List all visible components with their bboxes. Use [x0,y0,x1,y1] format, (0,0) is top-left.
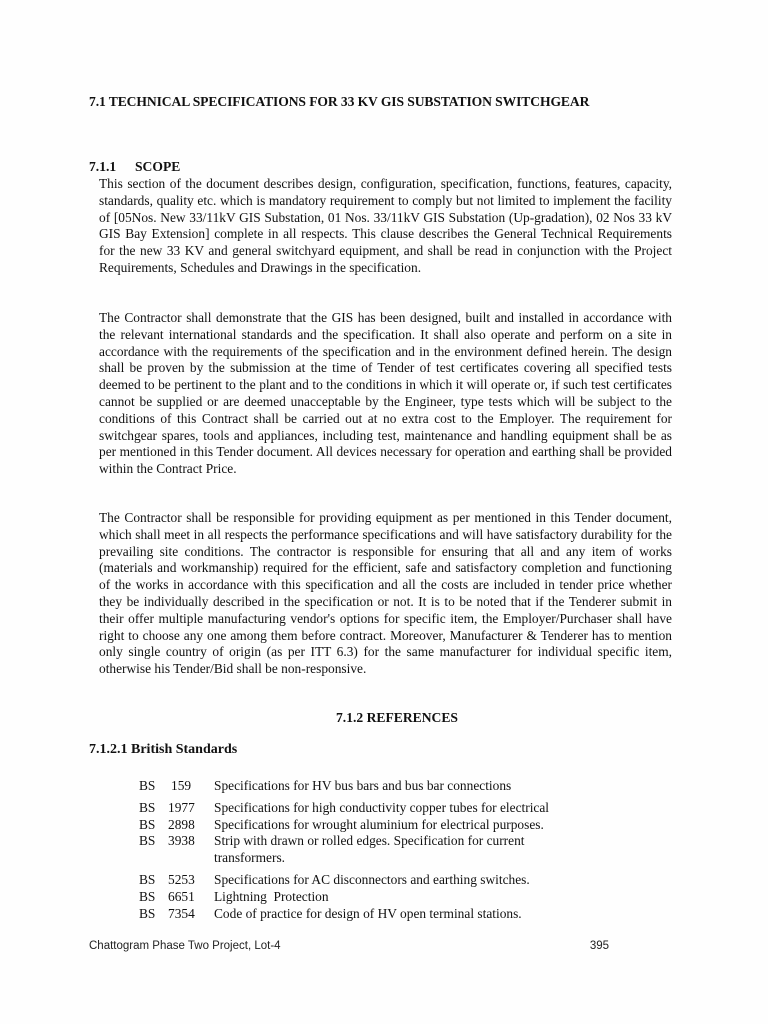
scope-paragraph-1: This section of the document describes d… [99,176,672,277]
scope-paragraph-3: The Contractor shall be responsible for … [99,510,672,678]
standard-code: 3938 [168,833,214,850]
standard-description: Specifications for wrought aluminium for… [214,817,619,834]
standard-description: Code of practice for design of HV open t… [214,906,619,923]
footer-project-name: Chattogram Phase Two Project, Lot-4 [89,940,281,952]
scope-heading: 7.1.1SCOPE [89,159,180,175]
british-standards-list: BS 159 Specifications for HV bus bars an… [139,778,619,922]
standard-code: 2898 [168,817,214,834]
standard-code: 159 [168,778,214,795]
standard-prefix: BS [139,817,168,834]
standard-prefix: BS [139,906,168,923]
references-heading: 7.1.2 REFERENCES [0,710,768,726]
standard-row: BS 3938 Strip with drawn or rolled edges… [139,833,619,867]
standard-prefix: BS [139,833,168,850]
scope-paragraph-2: The Contractor shall demonstrate that th… [99,310,672,478]
standard-prefix: BS [139,889,168,906]
page-number: 395 [590,940,609,952]
standard-code: 6651 [168,889,214,906]
standard-description: Specifications for HV bus bars and bus b… [214,778,619,795]
page-footer: Chattogram Phase Two Project, Lot-4 395 [89,940,609,952]
standard-row: BS 1977 Specifications for high conducti… [139,800,619,817]
standard-row: BS 6651 Lightning Protection [139,889,619,906]
standard-description: Lightning Protection [214,889,619,906]
scope-number: 7.1.1 [89,159,135,175]
standard-description: Strip with drawn or rolled edges. Specif… [214,833,564,867]
scope-heading-label: SCOPE [135,159,180,174]
standard-description: Specifications for high conductivity cop… [214,800,619,817]
british-standards-heading: 7.1.2.1 British Standards [89,742,237,758]
standard-row: BS 7354 Code of practice for design of H… [139,906,619,923]
standard-row: BS 5253 Specifications for AC disconnect… [139,872,619,889]
standard-code: 7354 [168,906,214,923]
standard-prefix: BS [139,800,168,817]
standard-code: 1977 [168,800,214,817]
section-title: 7.1 TECHNICAL SPECIFICATIONS FOR 33 KV G… [89,94,589,110]
standard-prefix: BS [139,778,168,795]
standard-code: 5253 [168,872,214,889]
standard-prefix: BS [139,872,168,889]
standard-description: Specifications for AC disconnectors and … [214,872,619,889]
standard-row: BS 2898 Specifications for wrought alumi… [139,817,619,834]
document-page: 7.1 TECHNICAL SPECIFICATIONS FOR 33 KV G… [0,0,768,1024]
standard-row: BS 159 Specifications for HV bus bars an… [139,778,619,795]
